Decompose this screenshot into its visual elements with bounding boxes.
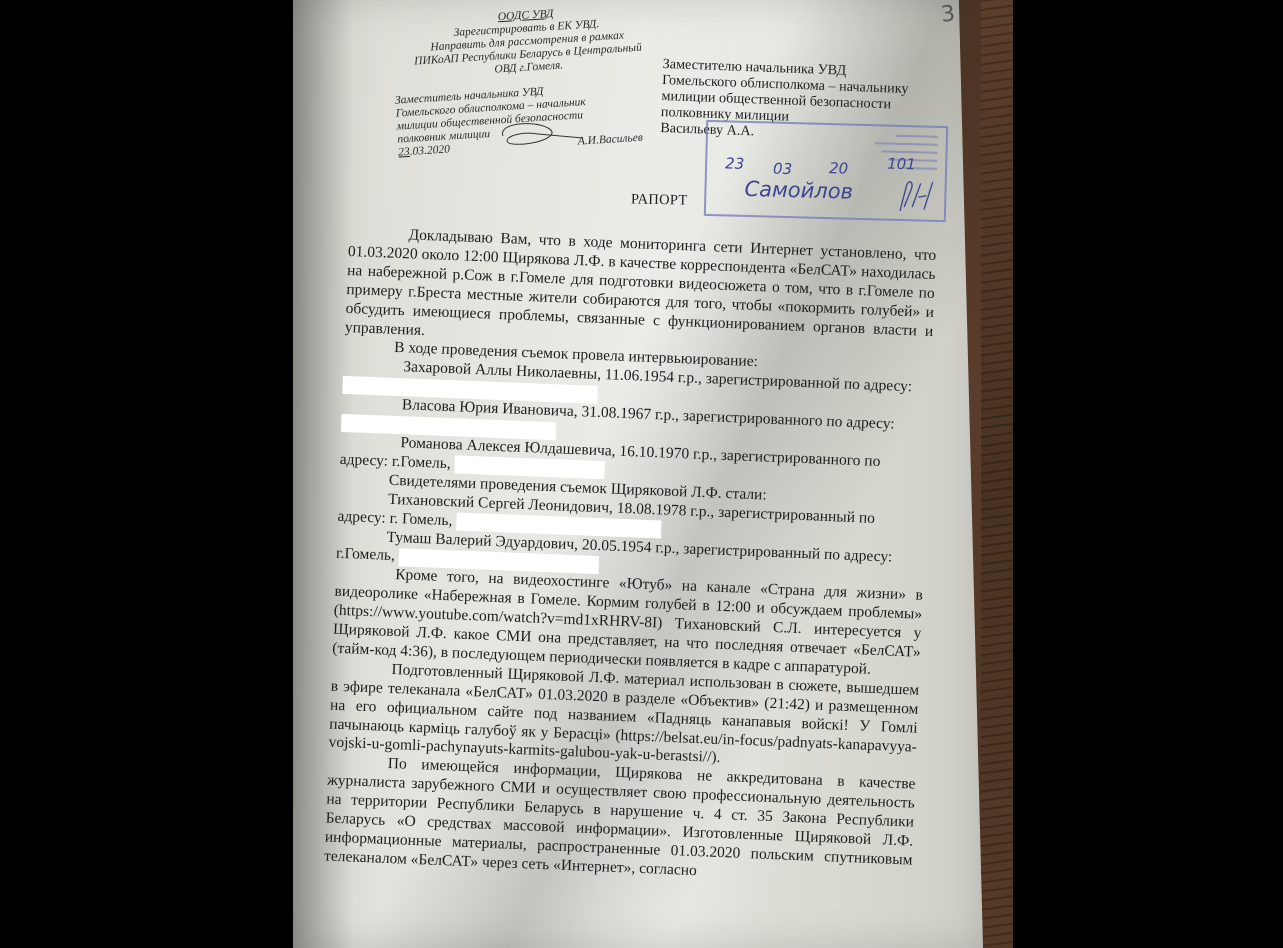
- report-page: 3 ООДС УВД Зарегистрировать в ЕК УВД. На…: [293, 0, 983, 948]
- signature-icon: [493, 118, 588, 148]
- stamp-signature-icon: [892, 177, 937, 216]
- stamp-handwritten-note: Самойлов: [744, 177, 853, 204]
- stamp-number: 101: [887, 155, 916, 174]
- paragraph-5: По имеющейся информации, Щирякова не акк…: [324, 753, 916, 889]
- wooden-table-edge: [981, 0, 1013, 948]
- document-title: РАПОРТ: [631, 191, 688, 209]
- stamp-month: 03: [773, 160, 793, 178]
- registration-stamp: ▬▬▬▬▬▬▬▬▬▬▬▬▬▬▬▬▬▬▬▬▬▬▬▬▬▬▬▬▬▬▬▬▬▬▬ 23 0…: [704, 120, 948, 222]
- page-number: 3: [940, 1, 957, 27]
- stamp-year: 20: [829, 159, 849, 177]
- stamp-day: 23: [725, 154, 745, 172]
- resolution-date: 23.03.2020: [398, 143, 450, 159]
- report-body: Докладываю Вам, что в ходе мониторинга с…: [324, 224, 937, 889]
- document-photo: 3 ООДС УВД Зарегистрировать в ЕК УВД. На…: [293, 0, 1013, 948]
